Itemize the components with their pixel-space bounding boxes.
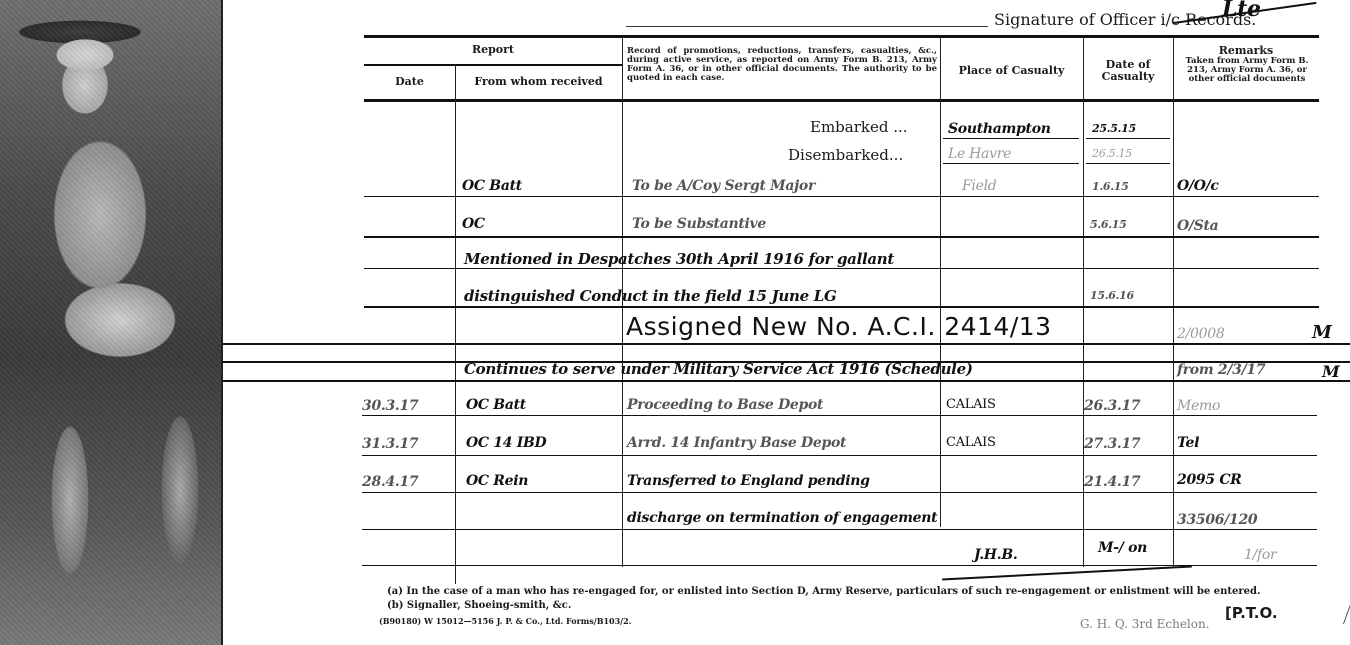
cell-record: To be Substantive: [632, 216, 766, 232]
header-bottom-rule: [364, 99, 1319, 102]
cell-date: 31.3.17: [362, 436, 418, 452]
cell-remarks: Memo: [1177, 398, 1220, 414]
pto-label: [P.T.O.: [1225, 604, 1278, 622]
cell-from: OC Batt: [462, 178, 522, 194]
signature-stroke-bottom: [942, 565, 1192, 580]
footnote-a: (a) In the case of a man who has re-enga…: [387, 586, 1260, 597]
cell-from: OC Rein: [466, 473, 528, 489]
cell-record: Proceeding to Base Depot: [627, 397, 823, 413]
footnote-b: (b) Signaller, Shoeing-smith, &c.: [387, 600, 571, 611]
cell-cas-date: 15.6.16: [1090, 289, 1134, 302]
col-sep-record: [940, 37, 941, 527]
header-from-whom: From whom received: [455, 76, 622, 87]
row-rule: [943, 138, 1079, 139]
cell-from: OC 14 IBD: [466, 435, 546, 451]
cell-record: To be A/Coy Sergt Major: [632, 178, 815, 194]
row-rule: [943, 163, 1079, 164]
cell-cas-date: 1.6.15: [1092, 180, 1128, 193]
soldier-portrait-photo: [0, 0, 223, 645]
cell-place: CALAIS: [946, 435, 996, 450]
signature-initials: J.H.B.: [974, 547, 1017, 563]
cell-record-continues: Continues to serve under Military Servic…: [464, 360, 973, 378]
header-remarks-sub: Taken from Army Form B. 213, Army Form A…: [1175, 57, 1319, 84]
row-rule: [364, 306, 1319, 308]
ghq-stamp: G. H. Q. 3rd Echelon.: [1080, 617, 1210, 631]
header-date: Date: [364, 76, 455, 87]
disembarked-label: Disembarked...: [788, 146, 903, 164]
row-rule: [362, 415, 1317, 416]
cell-remarks: 1/for: [1244, 547, 1276, 563]
signature-line: [626, 26, 988, 27]
cell-date: 30.3.17: [362, 398, 418, 414]
margin-stroke: [1343, 577, 1350, 624]
service-record-form: Signature of Officer i/c Records. Lte Re…: [222, 0, 1350, 645]
cell-record: discharge on termination of engagement: [627, 510, 937, 526]
row-rule: [1086, 138, 1170, 139]
cell-record-mention: Mentioned in Despatches 30th April 1916 …: [464, 250, 894, 268]
cell-cas-date: 27.3.17: [1084, 436, 1140, 452]
header-top-rule: [364, 35, 1319, 38]
row-rule: [362, 492, 1317, 493]
cell-place: Field: [962, 178, 996, 194]
cell-record: Arrd. 14 Infantry Base Depot: [627, 435, 846, 451]
cell-remarks: Tel: [1177, 435, 1199, 451]
new-number-stamp: Assigned New No. A.C.I. 2414/13: [626, 312, 1052, 341]
cell-date: 28.4.17: [362, 474, 418, 490]
margin-initial: M: [1322, 362, 1339, 381]
cell-remarks: O/Sta: [1177, 218, 1218, 234]
report-subheader-rule: [364, 64, 622, 66]
signature-mark: M-/ on: [1098, 540, 1147, 556]
row-rule: [362, 529, 1317, 530]
embarked-label: Embarked ...: [810, 118, 908, 136]
header-date-of-casualty: Date of Casualty: [1083, 59, 1173, 83]
cell-cas-date: 26.5.15: [1092, 147, 1132, 160]
cell-remarks: 2/0008: [1177, 326, 1224, 342]
cell-from: OC: [462, 216, 485, 232]
row-rule: [222, 380, 1350, 382]
margin-initial: M: [1312, 322, 1332, 343]
cell-from: OC Batt: [466, 397, 526, 413]
col-sep-date: [455, 64, 456, 584]
cell-place: Le Havre: [948, 146, 1011, 162]
cell-cas-date: 26.3.17: [1084, 398, 1140, 414]
row-rule: [364, 236, 1319, 238]
col-sep-casdate: [1173, 37, 1174, 567]
cell-cas-date: 21.4.17: [1084, 474, 1140, 490]
cell-cas-date: 5.6.15: [1090, 218, 1126, 231]
header-remarks: Remarks: [1173, 45, 1319, 56]
cell-place: CALAIS: [946, 397, 996, 412]
printer-imprint: (B90180) W 15012—5156 J. P. & Co., Ltd. …: [379, 616, 631, 626]
row-rule: [364, 196, 1319, 197]
cell-remarks: from 2/3/17: [1177, 362, 1265, 378]
cell-place: Southampton: [948, 121, 1051, 137]
header-place: Place of Casualty: [940, 65, 1083, 76]
header-report: Report: [364, 44, 622, 55]
cell-remarks: 2095 CR: [1177, 472, 1242, 488]
row-rule: [222, 343, 1350, 345]
cell-remarks: O/O/c: [1177, 178, 1219, 194]
signature-label: Signature of Officer i/c Records.: [994, 10, 1256, 29]
cell-remarks: 33506/120: [1177, 512, 1257, 528]
cell-record: Transferred to England pending: [627, 473, 870, 489]
row-rule: [364, 268, 1319, 269]
cell-cas-date: 25.5.15: [1092, 122, 1136, 135]
row-rule: [1086, 163, 1170, 164]
cell-record-dcm: distinguished Conduct in the field 15 Ju…: [464, 287, 837, 305]
row-rule: [362, 455, 1317, 456]
header-record: Record of promotions, reductions, transf…: [627, 47, 937, 83]
